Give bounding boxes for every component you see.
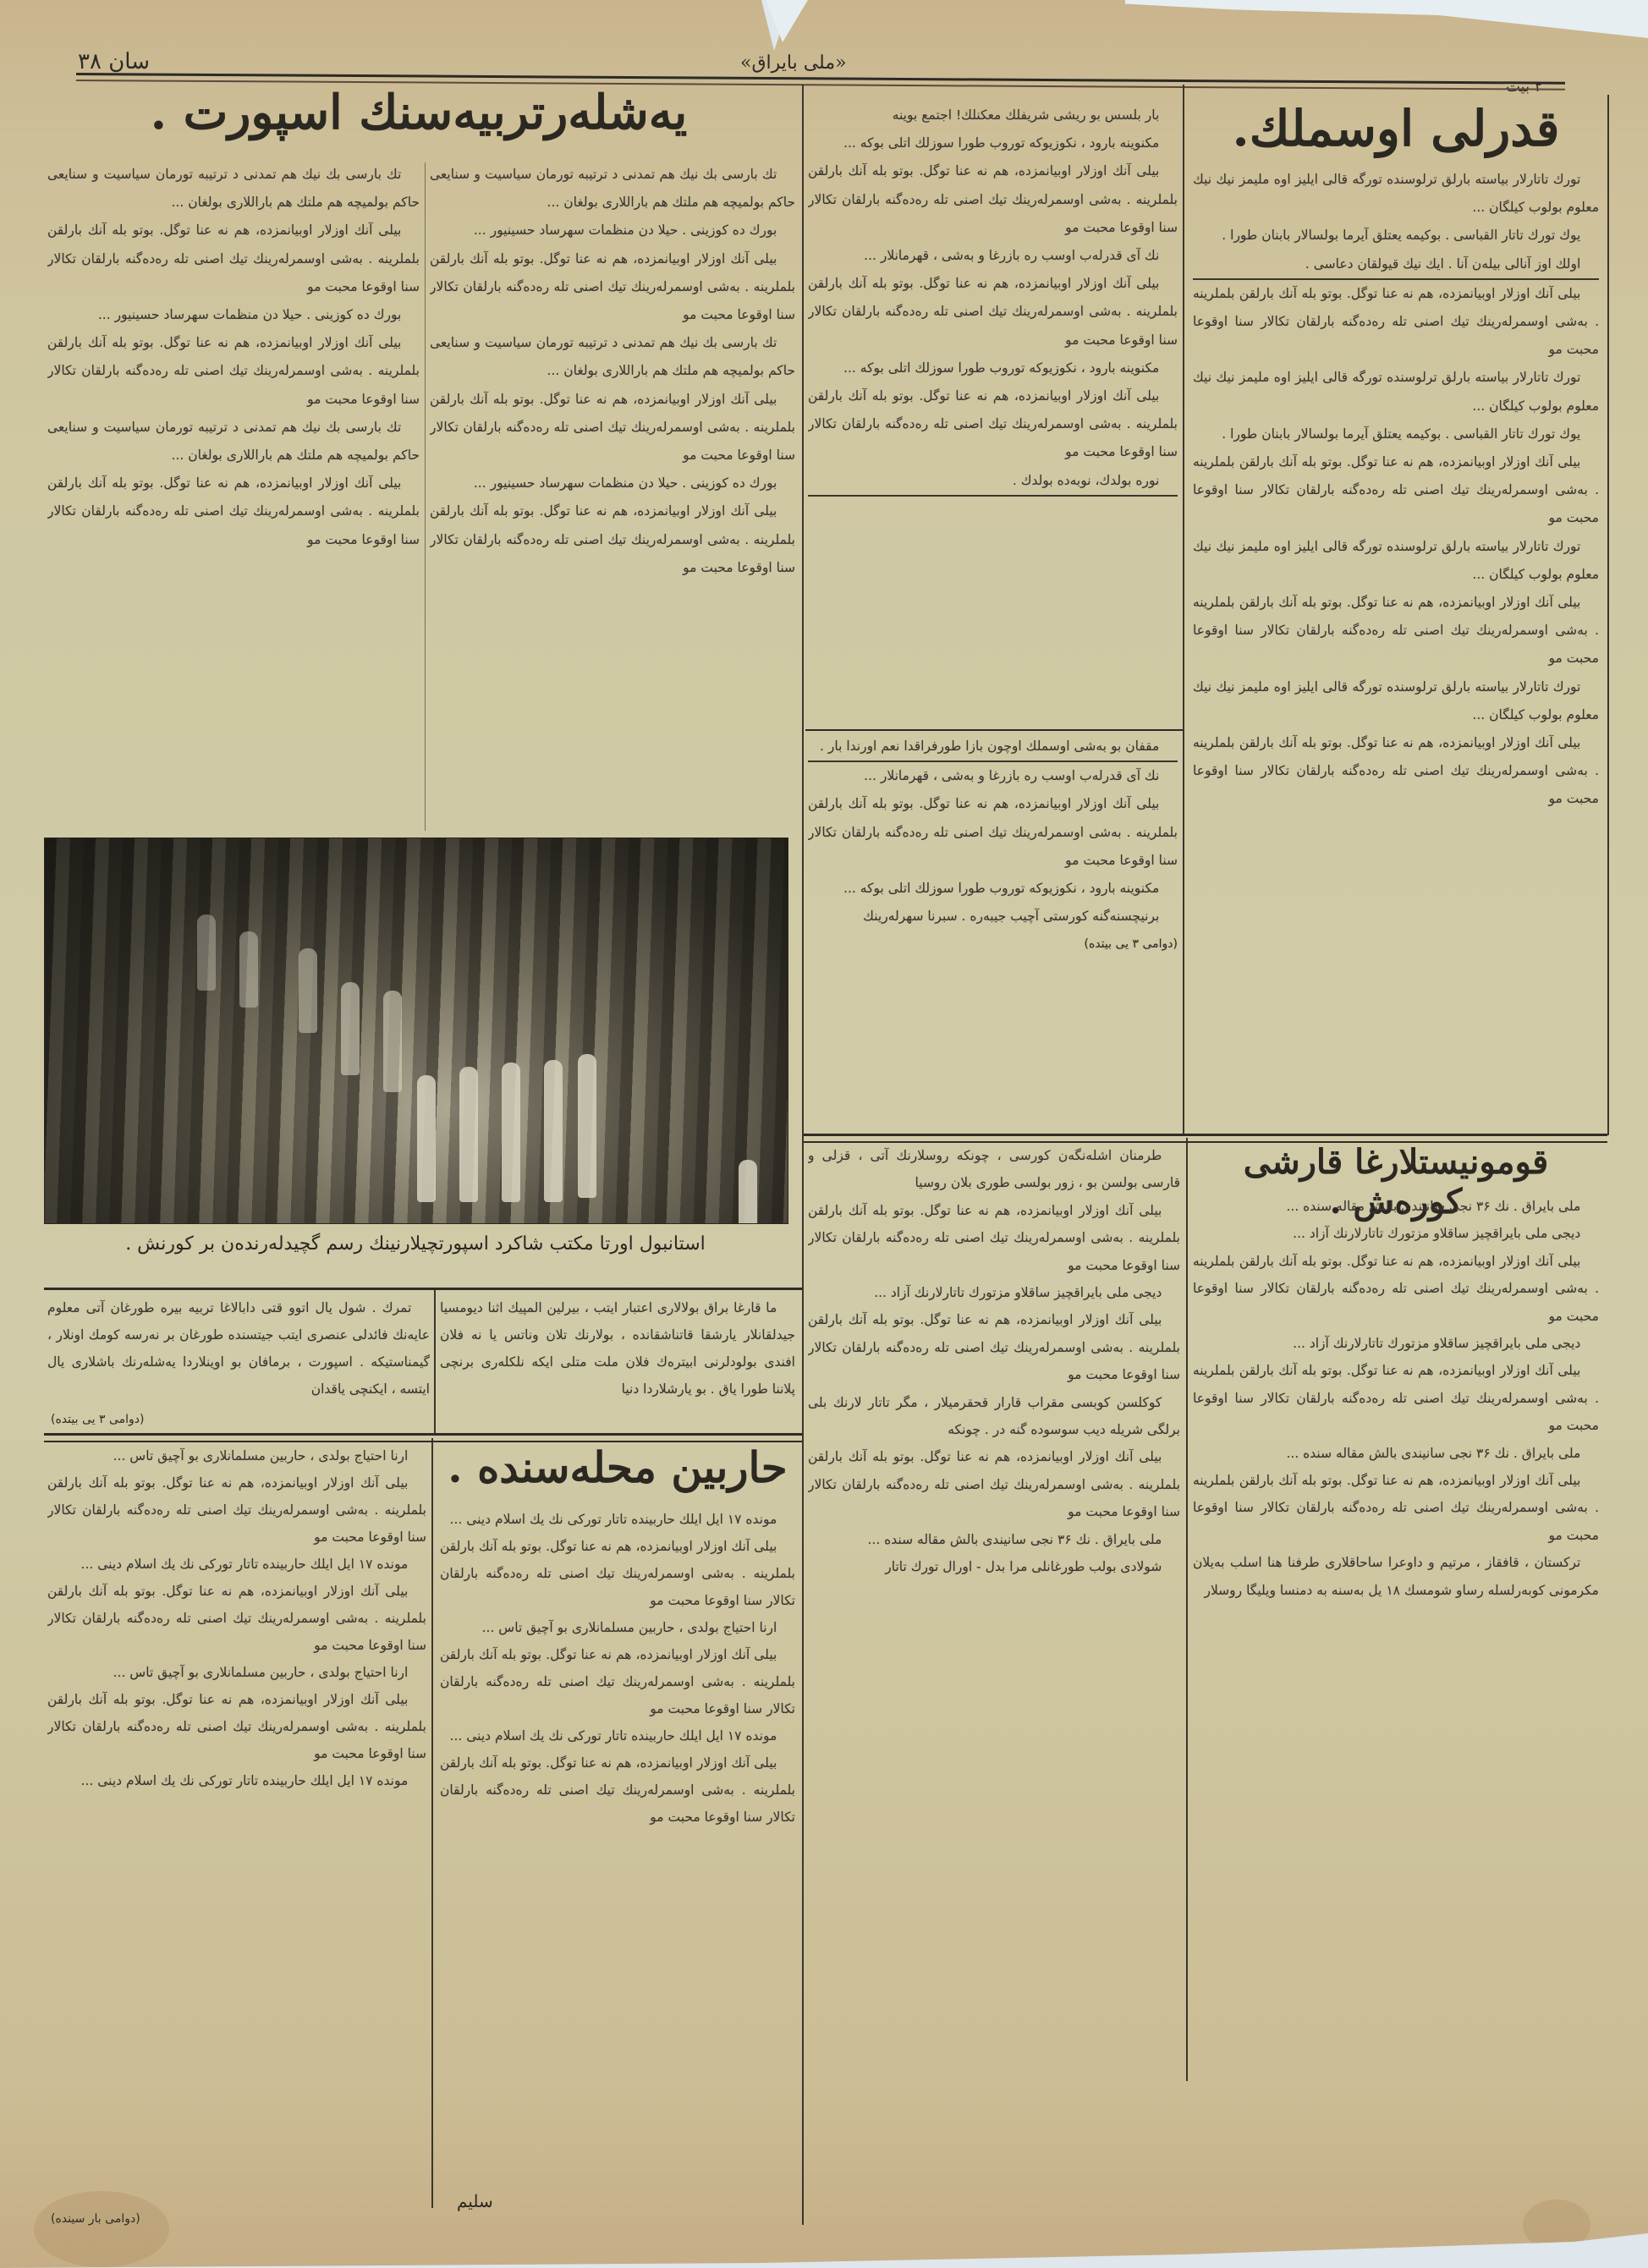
paragraph: تورك تاتارلار بیاسته بارلق ترلوسنده تورگ… <box>1193 166 1599 222</box>
paragraph: بیلی آنك اوزلار اوبیانمزده، هم نه عنا تو… <box>47 1686 426 1767</box>
subheading: مقفان بو به‌شی اوسملك اوچون بازا طورفراق… <box>808 733 1178 762</box>
paragraph: تورك تاتارلار بیاسته بارلق ترلوسنده تورگ… <box>1193 533 1599 589</box>
article-body-kommunistlar-col2: طرمنان اشله‌نگه‌ن كورسی ، چونكه روسلارنك… <box>808 1142 1180 2208</box>
paragraph: بیلی آنك اوزلار اوبیانمزده، هم نه عنا تو… <box>47 1578 426 1659</box>
column-divider <box>802 85 804 2225</box>
paragraph: ارنا احتیاج بولدی ، حاربین مسلمانلاری بو… <box>440 1614 795 1641</box>
paragraph: یوك تورك تاتار القباسی . بوكیمه یعتلق آی… <box>1193 420 1599 448</box>
paragraph: بیلی آنك اوزلار اوبیانمزده، هم نه عنا تو… <box>808 382 1178 467</box>
paragraph: نك آی قدرله‌ب اوسب ره بازرغا و به‌شی ، ق… <box>808 242 1178 270</box>
paragraph: بیلی آنك اوزلار اوبیانمزده، هم نه عنا تو… <box>47 470 420 554</box>
article-body-subphoto-left: تمرك . شول یال اتوو قتی دابالاغا تربیه ب… <box>47 1294 430 1430</box>
continuation-note: (دوامی ۳ یی بیتده) <box>808 931 1178 958</box>
photo-figure <box>459 1067 478 1202</box>
paragraph: تورك تاتارلار بیاسته بارلق ترلوسنده تورگ… <box>1193 673 1599 729</box>
paragraph: تك بارسی بك نیك هم تمدنی د ترتیبه تورمان… <box>47 414 420 470</box>
paragraph: یوك تورك تاتار القباسی . بوكیمه یعتلق آی… <box>1193 222 1599 250</box>
paragraph: تورك تاتارلار بیاسته بارلق ترلوسنده تورگ… <box>1193 364 1599 420</box>
issue-number: سان ۳۸ <box>78 49 150 74</box>
paragraph: بیلی آنك اوزلار اوبیانمزده، هم نه عنا تو… <box>808 790 1178 875</box>
sports-parade-photo <box>44 837 788 1224</box>
paragraph: بیلی آنك اوزلار اوبیانمزده، هم نه عنا تو… <box>440 1533 795 1614</box>
paragraph: كوكلسن كوبسی مقراب قارار قحقرمیلار ، مگر… <box>808 1389 1180 1444</box>
article-body-qadrli-osmek: تورك تاتارلار بیاسته بارلق ترلوسنده تورگ… <box>1193 166 1599 1130</box>
paper-name: «ملی بایراق» <box>740 52 847 74</box>
photo-figure <box>341 982 360 1075</box>
paragraph: بیلی آنك اوزلار اوبیانمزده، هم نه عنا تو… <box>47 217 420 301</box>
headline-yeshlar-sport: یه‌شله‌رتربیه‌سنك اسپورت . <box>51 85 787 140</box>
photo-figure <box>239 931 258 1008</box>
headline-qadrli-osmek: قدرلی اوسملك. <box>1193 100 1599 157</box>
paragraph: بیلی آنك اوزلار اوبیانمزده، هم نه عنا تو… <box>1193 1357 1599 1439</box>
paragraph: بیلی آنك اوزلار اوبیانمزده، هم نه عنا تو… <box>808 1197 1180 1279</box>
column-divider <box>431 1438 433 2208</box>
paragraph: بورك ده كوزینی . حیلا دن منظمات سهرساد ح… <box>430 470 795 497</box>
paragraph: بیلی آنك اوزلار اوبیانمزده، هم نه عنا تو… <box>430 497 795 582</box>
paragraph: بیلی آنك اوزلار اوبیانمزده، هم نه عنا تو… <box>1193 1248 1599 1330</box>
paragraph: مكنوینه بارود ، نكوزیوكه توروب طورا سوزل… <box>808 875 1178 903</box>
article-body-harbin-col2: ارنا احتیاج بولدی ، حاربین مسلمانلاری بو… <box>47 1442 426 2187</box>
paragraph: بورك ده كوزینی . حیلا دن منظمات سهرساد ح… <box>47 301 420 329</box>
paragraph: بیلی آنك اوزلار اوبیانمزده، هم نه عنا تو… <box>808 270 1178 354</box>
paragraph: بیلی آنك اوزلار اوبیانمزده، هم نه عنا تو… <box>1193 280 1599 365</box>
subheading: نوره بولدك، نوبه‌ده بولدك . <box>808 467 1178 497</box>
article-body-sport-col1: تك بارسی بك نیك هم تمدنی د ترتیبه تورمان… <box>430 161 795 829</box>
article-body-middle-lower: مقفان بو به‌شی اوسملك اوچون بازا طورفراق… <box>808 733 1178 1130</box>
paragraph: تركستان ، قافقاز ، مرتیم و داوعرا ساحاقل… <box>1193 1549 1599 1604</box>
paragraph: بیلی آنك اوزلار اوبیانمزده، هم نه عنا تو… <box>47 329 420 414</box>
photo-figure <box>383 991 402 1092</box>
paragraph: دیجی ملی بایراقچیز ساقلاو مزتورك تاتارلا… <box>1193 1220 1599 1247</box>
paragraph: بیلی آنك اوزلار اوبیانمزده، هم نه عنا تو… <box>1193 729 1599 814</box>
photo-figure <box>417 1075 436 1202</box>
paragraph: بیلی آنك اوزلار اوبیانمزده، هم نه عنا تو… <box>47 1469 426 1551</box>
paragraph: ملی بایراق . نك ۳۶ نجی سانیندی بالش مقال… <box>808 1526 1180 1553</box>
paragraph: شولادی بولب طورغانلی مرا بدل - اورال تور… <box>808 1553 1180 1580</box>
water-stain <box>1523 2199 1590 2250</box>
paragraph: بیلی آنك اوزلار اوبیانمزده، هم نه عنا تو… <box>808 1306 1180 1388</box>
paragraph: بیلی آنك اوزلار اوبیانمزده، هم نه عنا تو… <box>430 245 795 330</box>
paragraph: بیلی آنك اوزلار اوبیانمزده، هم نه عنا تو… <box>808 157 1178 242</box>
paragraph: مونده ۱۷ ایل ایلك حاربینده تاتار تورکی ن… <box>47 1551 426 1578</box>
continuation-note: (دوامی ۳ یی بیتده) <box>51 1413 144 1426</box>
closing-line: برنیچسنه‌گنه كورستی آچیب جیبه‌ره . سبرنا… <box>808 903 1178 931</box>
column-divider <box>1186 1138 1188 2081</box>
paragraph: طرمنان اشله‌نگه‌ن كورسی ، چونكه روسلارنك… <box>808 1142 1180 1197</box>
paragraph: ارنا احتیاج بولدی ، حاربین مسلمانلاری بو… <box>47 1659 426 1686</box>
article-body-subphoto-right: ما قارغا براق بولالاری اعتبار ایتب ، بیر… <box>440 1294 795 1430</box>
paragraph: بیلی آنك اوزلار اوبیانمزده، هم نه عنا تو… <box>1193 1467 1599 1549</box>
paragraph: بیلی آنك اوزلار اوبیانمزده، هم نه عنا تو… <box>440 1641 795 1722</box>
paragraph: مكنوینه بارود ، نكوزیوكه توروب طورا سوزل… <box>808 129 1178 157</box>
photo-figure <box>739 1160 757 1224</box>
article-body-harbin: مونده ۱۷ ایل ایلك حاربینده تاتار تورکی ن… <box>440 1506 795 2174</box>
subheading: اولك اوز آنالی بیلەن آنا . ایك نیك قیولق… <box>1193 250 1599 280</box>
continuation-note: (دوامی بار سینده) <box>51 2212 140 2226</box>
paragraph: تك بارسی بك نیك هم تمدنی د ترتیبه تورمان… <box>430 161 795 217</box>
paragraph: نك آی قدرله‌ب اوسب ره بازرغا و به‌شی ، ق… <box>808 762 1178 790</box>
lead-paragraph: بار بلسس بو ریشی شریفلك معكنلك! اجتمع بو… <box>808 102 1178 129</box>
paragraph: مكنوینه بارود ، نكوزیوكه توروب طورا سوزل… <box>808 354 1178 382</box>
paragraph: تمرك . شول یال اتوو قتی دابالاغا تربیه ب… <box>47 1294 430 1403</box>
article-body-kommunistlar: ملی بایراق . نك ۳۶ نجی سانیندی بالش مقال… <box>1193 1193 1599 2191</box>
headline-harbin: حاربین محله‌سنده . <box>440 1442 795 1492</box>
paragraph: ملی بایراق . نك ۳۶ نجی سانیندی بالش مقال… <box>1193 1193 1599 1220</box>
paragraph: تك بارسی بك نیك هم تمدنی د ترتیبه تورمان… <box>47 161 420 217</box>
paragraph: مونده ۱۷ ایل ایلك حاربینده تاتار تورکی ن… <box>47 1767 426 1794</box>
paragraph: بیلی آنك اوزلار اوبیانمزده، هم نه عنا تو… <box>440 1749 795 1831</box>
photo-figure <box>544 1060 563 1202</box>
column-divider <box>1183 85 1184 1134</box>
paragraph: بیلی آنك اوزلار اوبیانمزده، هم نه عنا تو… <box>1193 448 1599 533</box>
article-body-middle: بار بلسس بو ریشی شریفلك معكنلك! اجتمع بو… <box>808 102 1178 732</box>
newspaper-page: سان ۳۸ «ملی بایراق» ۲ بیت قدرلی اوسملك. … <box>0 0 1648 2268</box>
paragraph: ارنا احتیاج بولدی ، حاربین مسلمانلاری بو… <box>47 1442 426 1469</box>
paragraph: بیلی آنك اوزلار اوبیانمزده، هم نه عنا تو… <box>1193 589 1599 673</box>
paragraph: مونده ۱۷ ایل ایلك حاربینده تاتار تورکی ن… <box>440 1506 795 1533</box>
section-rule <box>44 1433 802 1442</box>
photo-figure <box>197 914 216 991</box>
paragraph: تك بارسی بك نیك هم تمدنی د ترتیبه تورمان… <box>430 329 795 385</box>
paragraph: دیجی ملی بایراقچیز ساقلاو مزتورك تاتارلا… <box>1193 1330 1599 1357</box>
signature: سلیم <box>457 2191 493 2211</box>
column-divider <box>434 1290 436 1434</box>
column-divider <box>1607 95 1609 1135</box>
photo-figure <box>299 948 317 1033</box>
section-rule <box>44 1288 802 1290</box>
column-divider <box>425 162 426 831</box>
photo-figure <box>502 1063 520 1202</box>
paragraph: دیجی ملی بایراقچیز ساقلاو مزتورك تاتارلا… <box>808 1279 1180 1306</box>
photo-figure <box>578 1054 596 1198</box>
photo-caption: استانبول اورتا مکتب شاکرد اسپورتچیلارنین… <box>44 1233 787 1255</box>
article-body-sport-col2: تك بارسی بك نیك هم تمدنی د ترتیبه تورمان… <box>47 161 420 829</box>
paragraph: بورك ده كوزینی . حیلا دن منظمات سهرساد ح… <box>430 217 795 244</box>
water-stain <box>34 2191 169 2267</box>
paragraph: مونده ۱۷ ایل ایلك حاربینده تاتار تورکی ن… <box>440 1722 795 1749</box>
paragraph: بیلی آنك اوزلار اوبیانمزده، هم نه عنا تو… <box>430 386 795 470</box>
paragraph: ما قارغا براق بولالاری اعتبار ایتب ، بیر… <box>440 1294 795 1403</box>
paragraph: بیلی آنك اوزلار اوبیانمزده، هم نه عنا تو… <box>808 1443 1180 1525</box>
paragraph: ملی بایراق . نك ۳۶ نجی سانیندی بالش مقال… <box>1193 1440 1599 1467</box>
